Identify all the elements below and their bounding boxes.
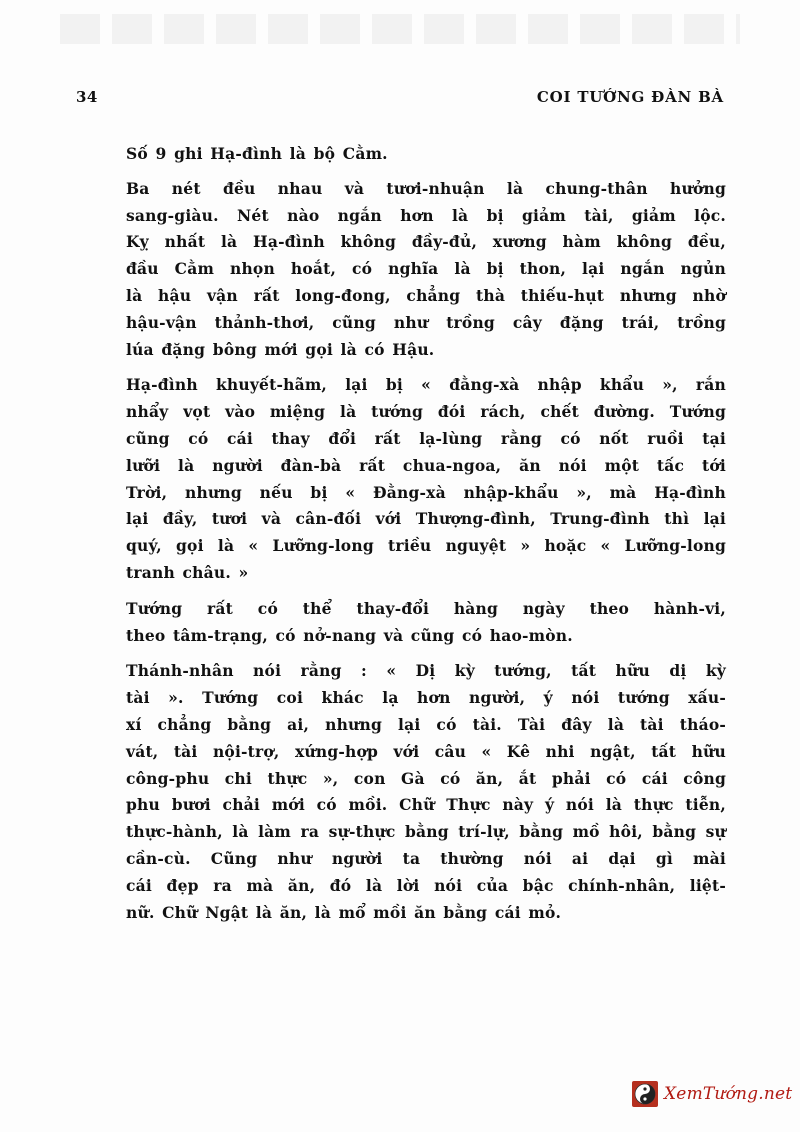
text-line: Trời, nhưng nếu bị « Đằng-xà nhập-khẩu »…: [80, 480, 726, 507]
text-line: nhẩy vọt vào miệng là tướng đói rách, ch…: [80, 399, 726, 426]
text-line: Kỵ nhất là Hạ-đình không đầy-đủ, xương h…: [80, 229, 726, 256]
text-line: xí chẳng bằng ai, nhưng lại có tài. Tài …: [80, 712, 726, 739]
paragraph: Hạ-đình khuyết-hãm, lại bị « đằng-xà nhậ…: [80, 372, 726, 586]
text-line: theo tâm-trạng, có nở-nang và cũng có ha…: [80, 623, 726, 650]
text-line: sang-giàu. Nét nào ngắn hơn là bị giảm t…: [80, 203, 726, 230]
paragraph-heading: Số 9 ghi Hạ-đình là bộ Cằm.: [80, 141, 726, 168]
text-line: lưỡi là người đàn-bà rất chua-ngoa, ăn n…: [80, 453, 726, 480]
bleed-through-shadow: [60, 14, 740, 44]
text-line: cũng có cái thay đổi rất lạ-lùng rằng có…: [80, 426, 726, 453]
text-line: Ba nét đều nhau và tươi-nhuận là chung-t…: [80, 176, 726, 203]
text-line: tranh châu. »: [80, 560, 726, 587]
site-watermark[interactable]: XemTướng.net: [632, 1080, 792, 1108]
text-line: lại đầy, tươi và cân-đối với Thượng-đình…: [80, 506, 726, 533]
text-line: Tướng rất có thể thay-đổi hàng ngày theo…: [80, 596, 726, 623]
text-line: đầu Cằm nhọn hoắt, có nghĩa là bị thon, …: [80, 256, 726, 283]
text-line: vát, tài nội-trợ, xứng-hợp với câu « Kê …: [80, 739, 726, 766]
text-line: nữ. Chữ Ngật là ăn, là mổ mồi ăn bằng cá…: [80, 900, 726, 927]
text-line: lúa đặng bông mới gọi là có Hậu.: [80, 337, 726, 364]
body-text: Số 9 ghi Hạ-đình là bộ Cằm. Ba nét đều n…: [80, 141, 726, 935]
text-line: thực-hành, là làm ra sự-thực bằng trí-lự…: [80, 819, 726, 846]
text-line: cái đẹp ra mà ăn, đó là lời nói của bậc …: [80, 873, 726, 900]
text-line: Số 9 ghi Hạ-đình là bộ Cằm.: [80, 141, 726, 168]
yin-yang-icon: [632, 1081, 658, 1107]
text-line: công-phu chi thực », con Gà có ăn, ắt ph…: [80, 766, 726, 793]
text-line: Hạ-đình khuyết-hãm, lại bị « đằng-xà nhậ…: [80, 372, 726, 399]
text-line: cần-cù. Cũng như người ta thường nói ai …: [80, 846, 726, 873]
paragraph: Tướng rất có thể thay-đổi hàng ngày theo…: [80, 596, 726, 650]
text-line: phu bươi chải mới có mồi. Chữ Thực này ý…: [80, 792, 726, 819]
text-line: là hậu vận rất long-đong, chẳng thà thiế…: [80, 283, 726, 310]
running-head: 34 COI TƯỚNG ĐÀN BÀ: [76, 88, 724, 112]
text-line: quý, gọi là « Lưỡng-long triều nguyệt » …: [80, 533, 726, 560]
paragraph: Ba nét đều nhau và tươi-nhuận là chung-t…: [80, 176, 726, 364]
running-title: COI TƯỚNG ĐÀN BÀ: [537, 88, 724, 106]
paragraph: Thánh-nhân nói rằng : « Dị kỳ tướng, tất…: [80, 658, 726, 926]
book-page: 34 COI TƯỚNG ĐÀN BÀ Số 9 ghi Hạ-đình là …: [0, 0, 800, 1132]
text-line: tài ». Tướng coi khác lạ hơn người, ý nó…: [80, 685, 726, 712]
watermark-text: XemTướng.net: [664, 1084, 792, 1104]
text-line: hậu-vận thảnh-thơi, cũng như trồng cây đ…: [80, 310, 726, 337]
text-line: Thánh-nhân nói rằng : « Dị kỳ tướng, tất…: [80, 658, 726, 685]
page-number: 34: [76, 88, 98, 106]
